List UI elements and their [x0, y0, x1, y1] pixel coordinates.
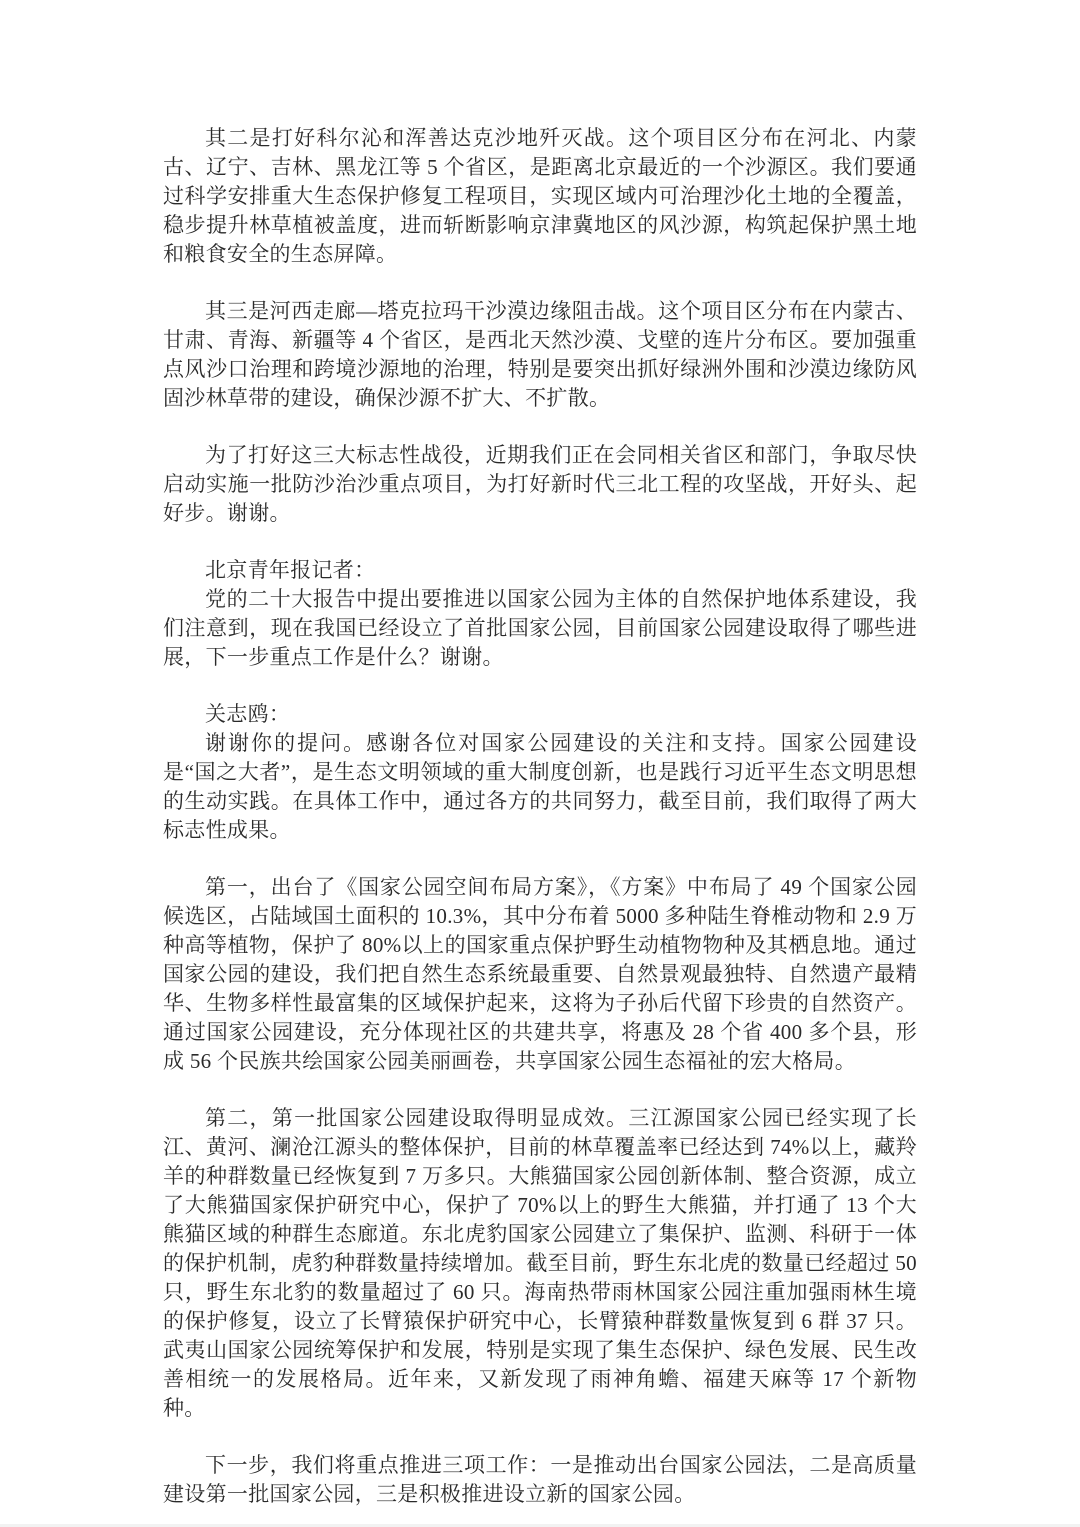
paragraph-achievement-second: 第二，第一批国家公园建设取得明显成效。三江源国家公园已经实现了长江、黄河、澜沧江… — [163, 1104, 917, 1423]
paragraph-three-campaigns-closing: 为了打好这三大标志性战役，近期我们正在会同相关省区和部门，争取尽快启动实施一批防… — [163, 441, 917, 528]
paragraph-answer-intro: 谢谢你的提问。感谢各位对国家公园建设的关注和支持。国家公园建设是“国之大者”，是… — [163, 729, 917, 845]
document-page: 其二是打好科尔沁和浑善达克沙地歼灭战。这个项目区分布在河北、内蒙古、辽宁、吉林、… — [0, 0, 1080, 1527]
paragraph-next-steps: 下一步，我们将重点推进三项工作：一是推动出台国家公园法，二是高质量建设第一批国家… — [163, 1451, 917, 1509]
speaker-label-guan-zhiou: 关志鸥： — [163, 700, 917, 729]
speaker-label-beijing-youth-daily-reporter: 北京青年报记者： — [163, 556, 917, 585]
paragraph-reporter-question: 党的二十大报告中提出要推进以国家公园为主体的自然保护地体系建设，我们注意到，现在… — [163, 585, 917, 672]
document-body: 其二是打好科尔沁和浑善达克沙地歼灭战。这个项目区分布在河北、内蒙古、辽宁、吉林、… — [163, 124, 917, 1509]
paragraph-sand-battle-2: 其二是打好科尔沁和浑善达克沙地歼灭战。这个项目区分布在河北、内蒙古、辽宁、吉林、… — [163, 124, 917, 269]
paragraph-sand-battle-3: 其三是河西走廊—塔克拉玛干沙漠边缘阻击战。这个项目区分布在内蒙古、甘肃、青海、新… — [163, 297, 917, 413]
paragraph-achievement-first: 第一，出台了《国家公园空间布局方案》，《方案》中布局了 49 个国家公园候选区，… — [163, 873, 917, 1076]
